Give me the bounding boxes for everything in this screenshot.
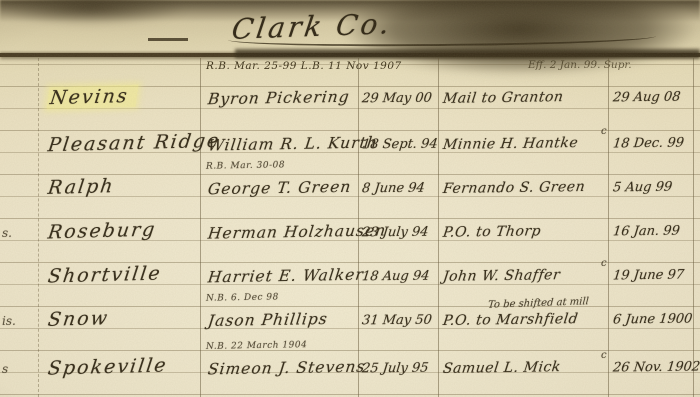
postmaster-name: George T. Green	[207, 178, 353, 199]
discontinued-date: 26 Nov. 1902	[612, 359, 700, 375]
title-dash-stroke	[148, 38, 188, 41]
table-row: is. Snow N.B. 6. Dec 98 Jason Phillips 3…	[0, 300, 700, 344]
margin-note: s	[2, 362, 8, 376]
margin-note: s.	[2, 226, 12, 240]
heavy-horizontal-rule-smudge	[235, 49, 700, 58]
table-row: Shortville Harriet E. Walker 18 Aug 94 J…	[0, 256, 700, 300]
margin-note: is.	[2, 314, 16, 328]
office-name: Roseburg	[47, 219, 158, 244]
established-date: 18 Sept. 94	[361, 137, 438, 153]
established-date: 29 May 00	[361, 91, 432, 107]
disposition: Minnie H. Hantke	[442, 135, 579, 153]
discontinued-date: 5 Aug 99	[612, 180, 673, 196]
office-name: Ralph	[47, 175, 116, 199]
established-date: 31 May 50	[361, 313, 432, 329]
superscript-mark: c	[601, 258, 607, 269]
scan-smudge-left	[0, 0, 220, 32]
postmaster-name: Harriet E. Walker	[207, 266, 365, 287]
office-name: Shortville	[47, 262, 163, 287]
table-row: Ralph R.B. Mar. 30-08 George T. Green 8 …	[0, 168, 700, 212]
disposition: Fernando S. Green	[442, 179, 586, 197]
office-name: Snow	[47, 307, 111, 331]
disposition: P.O. to Thorp	[442, 223, 542, 240]
table-row: Nevins Byron Pickering 29 May 00 Mail to…	[0, 78, 700, 122]
scanned-ledger-page: Clark Co. R.B. Mar. 25-99 L.B. 11 Nov 19…	[0, 0, 700, 397]
postmaster-name: William R. L. Kurth	[207, 133, 379, 154]
name-annotation: N.B. 6. Dec 98	[206, 292, 279, 303]
established-date: 23 July 94	[361, 225, 429, 241]
established-date: 8 June 94	[361, 181, 425, 197]
discontinued-date: 16 Jan. 99	[612, 224, 680, 240]
office-name: Nevins	[47, 85, 139, 109]
disposition: P.O. to Marshfield	[442, 311, 579, 329]
superscript-mark: c	[601, 126, 607, 137]
discontinued-date: 29 Aug 08	[612, 90, 681, 106]
office-name: Pleasant Ridge	[47, 130, 222, 157]
table-row: s Spokeville N.B. 22 March 1904 Simeon J…	[0, 348, 700, 392]
name-annotation: N.B. 22 March 1904	[206, 340, 307, 352]
established-date: 18 Aug 94	[361, 269, 430, 285]
name-annotation: R.B. Mar. 30-08	[206, 160, 285, 171]
superscript-mark: c	[601, 350, 607, 361]
postmaster-name: Simeon J. Stevens	[207, 358, 367, 379]
discontinued-date: 19 June 97	[612, 268, 685, 284]
discontinued-date: 18 Dec. 99	[612, 136, 685, 152]
table-row: s. Roseburg Herman Holzhausen 23 July 94…	[0, 212, 700, 256]
established-date: 25 July 95	[361, 361, 429, 377]
office-name-highlight: Nevins	[47, 85, 139, 109]
office-name: Spokeville	[47, 354, 169, 379]
disposition: Mail to Granton	[442, 89, 564, 107]
disposition: John W. Shaffer	[442, 267, 561, 285]
header-annotation-right: Eff. 2 Jan. 99. Supr.	[528, 59, 632, 71]
disposition-annotation: To be shifted at mill	[488, 296, 590, 311]
table-row: Pleasant Ridge William R. L. Kurth 18 Se…	[0, 124, 700, 168]
discontinued-date: 6 June 1900	[612, 312, 693, 328]
disposition: Samuel L. Mick	[442, 359, 562, 377]
header-annotation-left: R.B. Mar. 25-99 L.B. 11 Nov 1907	[206, 60, 402, 72]
postmaster-name: Byron Pickering	[207, 88, 351, 109]
postmaster-name: Jason Phillips	[207, 310, 329, 330]
